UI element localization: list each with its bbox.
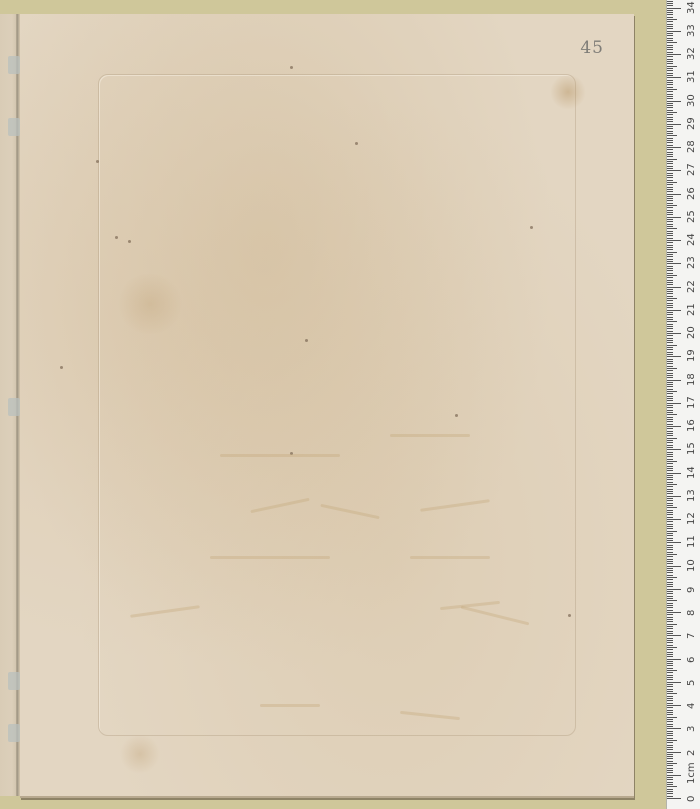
ruler-tick: [667, 614, 673, 615]
ruler-label: 10: [686, 559, 697, 572]
ruler-tick: [667, 154, 673, 155]
ruler-label: 6: [686, 656, 697, 662]
ruler-tick: [667, 482, 673, 483]
ruler-tick: [667, 647, 677, 648]
ruler-tick: [667, 419, 673, 420]
ruler-tick: [667, 407, 673, 408]
ruler-tick: [667, 575, 673, 576]
ruler-tick: [667, 203, 673, 204]
ruler-tick: [667, 696, 673, 697]
ruler-tick: [667, 256, 673, 257]
ruler-tick: [667, 238, 673, 239]
ruler-tick: [667, 228, 677, 229]
scanned-page-image: 45 01cm234567891011121314151617181920212…: [0, 0, 700, 809]
ruler-tick: [667, 138, 673, 139]
ruler-tick: [667, 610, 673, 611]
ruler-tick: [667, 635, 681, 636]
speck: [305, 339, 308, 342]
ruler-tick: [667, 786, 677, 787]
ruler-tick: [667, 54, 681, 55]
ruler-tick: [667, 328, 673, 329]
ruler-tick: [667, 175, 673, 176]
ruler-tick: [667, 533, 673, 534]
ruler-label: 12: [686, 512, 697, 525]
ruler-tick: [667, 424, 673, 425]
ruler-label: 15: [686, 443, 697, 456]
ruler-tick: [667, 66, 677, 67]
ruler-tick: [667, 333, 681, 334]
ruler-tick: [667, 765, 673, 766]
ruler-tick: [667, 142, 673, 143]
ruler-tick: [667, 526, 673, 527]
ruler-tick: [667, 377, 673, 378]
ruler-label: 7: [686, 633, 697, 639]
page-number: 45: [580, 38, 604, 58]
ruler-tick: [667, 14, 673, 15]
show-through-mark: [390, 434, 470, 437]
ruler-tick: [667, 672, 673, 673]
ruler-tick: [667, 449, 681, 450]
ruler-tick: [667, 603, 673, 604]
binding-stitch: [8, 56, 20, 74]
ruler-tick: [667, 624, 677, 625]
ruler-label: 0: [686, 796, 697, 802]
ruler-tick: [667, 126, 673, 127]
ruler-tick: [667, 42, 677, 43]
ruler-label: 30: [686, 94, 697, 107]
ruler-tick: [667, 628, 673, 629]
ruler-tick: [667, 1, 673, 2]
ruler-tick: [667, 31, 681, 32]
ruler-tick: [667, 296, 673, 297]
ruler-tick: [667, 463, 673, 464]
ruler-tick: [667, 714, 673, 715]
ruler-tick: [667, 652, 673, 653]
ruler-tick: [667, 742, 673, 743]
ruler-tick: [667, 470, 673, 471]
ruler-tick: [667, 273, 673, 274]
ruler-tick: [667, 24, 673, 25]
ruler-tick: [667, 59, 673, 60]
ruler-tick: [667, 240, 681, 241]
ruler-tick: [667, 577, 677, 578]
ruler-tick: [667, 691, 673, 692]
ruler-tick: [667, 479, 673, 480]
ruler-tick: [667, 17, 673, 18]
ruler-tick: [667, 307, 673, 308]
show-through-mark: [410, 556, 490, 559]
ruler-tick: [667, 752, 681, 753]
ruler-label: 24: [686, 233, 697, 246]
ruler-tick: [667, 468, 673, 469]
ruler-label: 26: [686, 187, 697, 200]
ruler-tick: [667, 728, 681, 729]
ruler-tick: [667, 677, 673, 678]
ruler-tick: [667, 105, 673, 106]
ruler-tick: [667, 524, 673, 525]
ruler-tick: [667, 366, 673, 367]
ruler-tick: [667, 391, 677, 392]
ruler-tick: [667, 28, 673, 29]
ruler-tick: [667, 82, 673, 83]
ruler-tick: [667, 745, 673, 746]
ruler-tick: [667, 147, 681, 148]
ruler-tick: [667, 159, 677, 160]
ruler-tick: [667, 310, 681, 311]
ruler-tick: [667, 454, 673, 455]
ruler-tick: [667, 712, 673, 713]
ruler-tick: [667, 410, 673, 411]
ruler-tick: [667, 38, 673, 39]
ruler-tick: [667, 789, 673, 790]
ruler-tick: [667, 435, 673, 436]
ruler-label: 11: [686, 536, 697, 549]
ruler-tick: [667, 152, 673, 153]
ruler-tick: [667, 570, 673, 571]
ruler-tick: [667, 649, 673, 650]
ruler-tick: [667, 101, 681, 102]
ruler-tick: [667, 705, 681, 706]
ruler-tick: [667, 756, 673, 757]
binding-stitch: [8, 672, 20, 690]
ruler-label: 2: [686, 749, 697, 755]
ruler-tick: [667, 489, 673, 490]
ruler-label: 25: [686, 210, 697, 223]
ruler-label: 28: [686, 140, 697, 153]
ruler-tick: [667, 405, 673, 406]
ruler-label: 18: [686, 373, 697, 386]
ruler-tick: [667, 761, 673, 762]
ruler-tick: [667, 768, 673, 769]
ruler-tick: [667, 519, 681, 520]
ruler-tick: [667, 114, 673, 115]
ruler-tick: [667, 731, 673, 732]
ruler-tick: [667, 798, 681, 799]
ruler-tick: [667, 110, 673, 111]
ruler-tick: [667, 47, 673, 48]
ruler-tick: [667, 266, 673, 267]
ruler-tick: [667, 486, 673, 487]
ruler-tick: [667, 112, 677, 113]
ruler-label: 34: [686, 1, 697, 14]
ruler-label: 14: [686, 466, 697, 479]
ruler-tick: [667, 707, 673, 708]
ruler-tick: [667, 261, 673, 262]
ruler-tick: [667, 552, 673, 553]
ruler-tick: [667, 517, 673, 518]
ruler-tick: [667, 670, 677, 671]
speck: [290, 66, 293, 69]
ruler-tick: [667, 496, 681, 497]
ruler-label: 13: [686, 489, 697, 502]
ruler-tick: [667, 338, 673, 339]
ruler-tick: [667, 747, 673, 748]
ruler-tick: [667, 173, 673, 174]
ruler-tick: [667, 493, 673, 494]
ruler-tick: [667, 326, 673, 327]
ruler-tick: [667, 724, 673, 725]
show-through-mark: [220, 454, 340, 457]
ruler-tick: [667, 363, 673, 364]
ruler-tick: [667, 586, 673, 587]
ruler-tick: [667, 531, 677, 532]
ruler-tick: [667, 124, 681, 125]
ruler-tick: [667, 738, 673, 739]
speck: [96, 160, 99, 163]
ruler-tick: [667, 231, 673, 232]
ruler-tick: [667, 184, 673, 185]
ruler-tick: [667, 317, 673, 318]
ruler-tick: [667, 721, 673, 722]
ruler-tick: [667, 740, 677, 741]
ruler-tick: [667, 393, 673, 394]
ruler-label: 1cm: [686, 762, 697, 784]
ruler-tick: [667, 389, 673, 390]
ruler-tick: [667, 177, 673, 178]
ruler-label: 31: [686, 71, 697, 84]
ruler-tick: [667, 654, 673, 655]
ruler-tick: [667, 40, 673, 41]
ruler-tick: [667, 507, 677, 508]
ruler-tick: [667, 633, 673, 634]
ruler-tick: [667, 121, 673, 122]
ruler-label: 33: [686, 24, 697, 37]
ruler-tick: [667, 33, 673, 34]
ruler-tick: [667, 384, 673, 385]
ruler-tick: [667, 214, 673, 215]
ruler-tick: [667, 617, 673, 618]
ruler-tick: [667, 140, 673, 141]
ruler-tick: [667, 70, 673, 71]
ruler-tick: [667, 663, 673, 664]
ruler-tick: [667, 545, 673, 546]
ruler-tick: [667, 777, 673, 778]
ruler-label: 9: [686, 586, 697, 592]
plate-mark: [98, 74, 576, 736]
ruler-tick: [667, 640, 673, 641]
ruler-tick: [667, 149, 673, 150]
ruler-tick: [667, 735, 673, 736]
ruler-label: 29: [686, 117, 697, 130]
ruler-tick: [667, 26, 673, 27]
ruler-tick: [667, 700, 673, 701]
ruler-tick: [667, 314, 673, 315]
ruler-tick: [667, 473, 681, 474]
ruler-tick: [667, 775, 681, 776]
ruler-tick: [667, 368, 677, 369]
ruler-tick: [667, 380, 681, 381]
ruler-tick: [667, 345, 677, 346]
ruler-label: 4: [686, 703, 697, 709]
ruler-tick: [667, 431, 673, 432]
ruler-tick: [667, 63, 673, 64]
ruler-tick: [667, 335, 673, 336]
ruler-tick: [667, 56, 673, 57]
ruler-tick: [667, 284, 673, 285]
ruler-tick: [667, 793, 673, 794]
ruler-tick: [667, 763, 677, 764]
ruler-tick: [667, 579, 673, 580]
foxing-stain: [550, 74, 586, 110]
ruler-tick: [667, 710, 673, 711]
ruler-tick: [667, 656, 673, 657]
ruler-tick: [667, 631, 673, 632]
ruler-tick: [667, 356, 681, 357]
ruler-tick: [667, 166, 673, 167]
ruler-tick: [667, 461, 677, 462]
ruler-tick: [667, 98, 673, 99]
ruler-label: 8: [686, 610, 697, 616]
show-through-mark: [210, 556, 330, 559]
ruler-tick: [667, 107, 673, 108]
ruler-tick: [667, 207, 673, 208]
foxing-stain: [120, 734, 160, 774]
ruler-tick: [667, 119, 673, 120]
ruler-tick: [667, 200, 673, 201]
ruler-tick: [667, 514, 673, 515]
ruler-tick: [667, 535, 673, 536]
ruler-label: 21: [686, 303, 697, 316]
ruler-tick: [667, 386, 673, 387]
ruler-tick: [667, 221, 673, 222]
ruler-tick: [667, 187, 673, 188]
ruler-tick: [667, 403, 681, 404]
speck: [128, 240, 131, 243]
ruler-tick: [667, 133, 673, 134]
ruler-tick: [667, 638, 673, 639]
ruler-tick: [667, 459, 673, 460]
ruler-tick: [667, 91, 673, 92]
ruler-tick: [667, 484, 677, 485]
speck: [115, 236, 118, 239]
ruler-tick: [667, 561, 673, 562]
ruler-tick: [667, 219, 673, 220]
ruler-tick: [667, 359, 673, 360]
ruler-tick: [667, 89, 677, 90]
ruler-tick: [667, 440, 673, 441]
ruler-tick: [667, 354, 673, 355]
ruler-tick: [667, 347, 673, 348]
ruler-tick: [667, 312, 673, 313]
ruler-tick: [667, 682, 681, 683]
ruler-tick: [667, 247, 673, 248]
speck: [355, 142, 358, 145]
ruler-tick: [667, 289, 673, 290]
ruler-tick: [667, 445, 673, 446]
ruler-tick: [667, 675, 673, 676]
ruler-tick: [667, 198, 673, 199]
ruler-tick: [667, 779, 673, 780]
ruler-tick: [667, 373, 673, 374]
ruler-tick: [667, 668, 673, 669]
ruler-tick: [667, 568, 673, 569]
ruler-tick: [667, 772, 673, 773]
ruler-tick: [667, 287, 681, 288]
ruler-tick: [667, 645, 673, 646]
ruler-tick: [667, 659, 681, 660]
ruler-tick: [667, 96, 673, 97]
ruler-tick: [667, 538, 673, 539]
ruler-tick: [667, 703, 673, 704]
speck: [568, 614, 571, 617]
ruler-tick: [667, 512, 673, 513]
ruler-tick: [667, 584, 673, 585]
ruler-tick: [667, 75, 673, 76]
ruler-tick: [667, 321, 677, 322]
ruler-tick: [667, 598, 673, 599]
ruler-tick: [667, 189, 673, 190]
ruler-tick: [667, 254, 673, 255]
ruler-tick: [667, 505, 673, 506]
ruler-tick: [667, 340, 673, 341]
ruler-tick: [667, 84, 673, 85]
ruler-label: 27: [686, 164, 697, 177]
foxing-stain: [115, 274, 185, 334]
ruler-tick: [667, 305, 673, 306]
ruler-tick: [667, 103, 673, 104]
speck: [455, 414, 458, 417]
ruler-tick: [667, 226, 673, 227]
ruler-tick: [667, 686, 673, 687]
ruler-tick: [667, 426, 681, 427]
ruler-tick: [667, 665, 673, 666]
ruler-tick: [667, 733, 673, 734]
ruler-label: 17: [686, 396, 697, 409]
ruler-tick: [667, 280, 673, 281]
ruler-tick: [667, 442, 673, 443]
ruler-tick: [667, 252, 677, 253]
ruler-tick: [667, 758, 673, 759]
ruler-tick: [667, 168, 673, 169]
ruler-tick: [667, 521, 673, 522]
ruler-tick: [667, 719, 673, 720]
ruler-tick: [667, 270, 673, 271]
ruler-tick: [667, 128, 673, 129]
ruler-tick: [667, 582, 673, 583]
ruler-tick: [667, 784, 673, 785]
ruler-tick: [667, 754, 673, 755]
ruler-tick: [667, 563, 673, 564]
ruler-tick: [667, 242, 673, 243]
ruler-tick: [667, 589, 681, 590]
ruler-tick: [667, 277, 673, 278]
ruler-tick: [667, 572, 673, 573]
ruler-tick: [667, 235, 673, 236]
ruler-tick: [667, 291, 673, 292]
ruler-tick: [667, 591, 673, 592]
ruler-tick: [667, 131, 673, 132]
ruler-tick: [667, 61, 673, 62]
ruler-tick: [667, 156, 673, 157]
ruler-tick: [667, 642, 673, 643]
ruler-tick: [667, 500, 673, 501]
ruler-tick: [667, 452, 673, 453]
ruler-tick: [667, 245, 673, 246]
ruler-tick: [667, 693, 677, 694]
ruler-tick: [667, 679, 673, 680]
ruler-tick: [667, 396, 673, 397]
ruler-tick: [667, 170, 681, 171]
ruler-tick: [667, 417, 673, 418]
ruler-tick: [667, 263, 681, 264]
ruler-label: 23: [686, 257, 697, 270]
ruler-tick: [667, 559, 673, 560]
ruler-tick: [667, 268, 673, 269]
ruler-tick: [667, 717, 677, 718]
ruler-tick: [667, 600, 677, 601]
ruler-tick: [667, 319, 673, 320]
ruler-tick: [667, 3, 673, 4]
